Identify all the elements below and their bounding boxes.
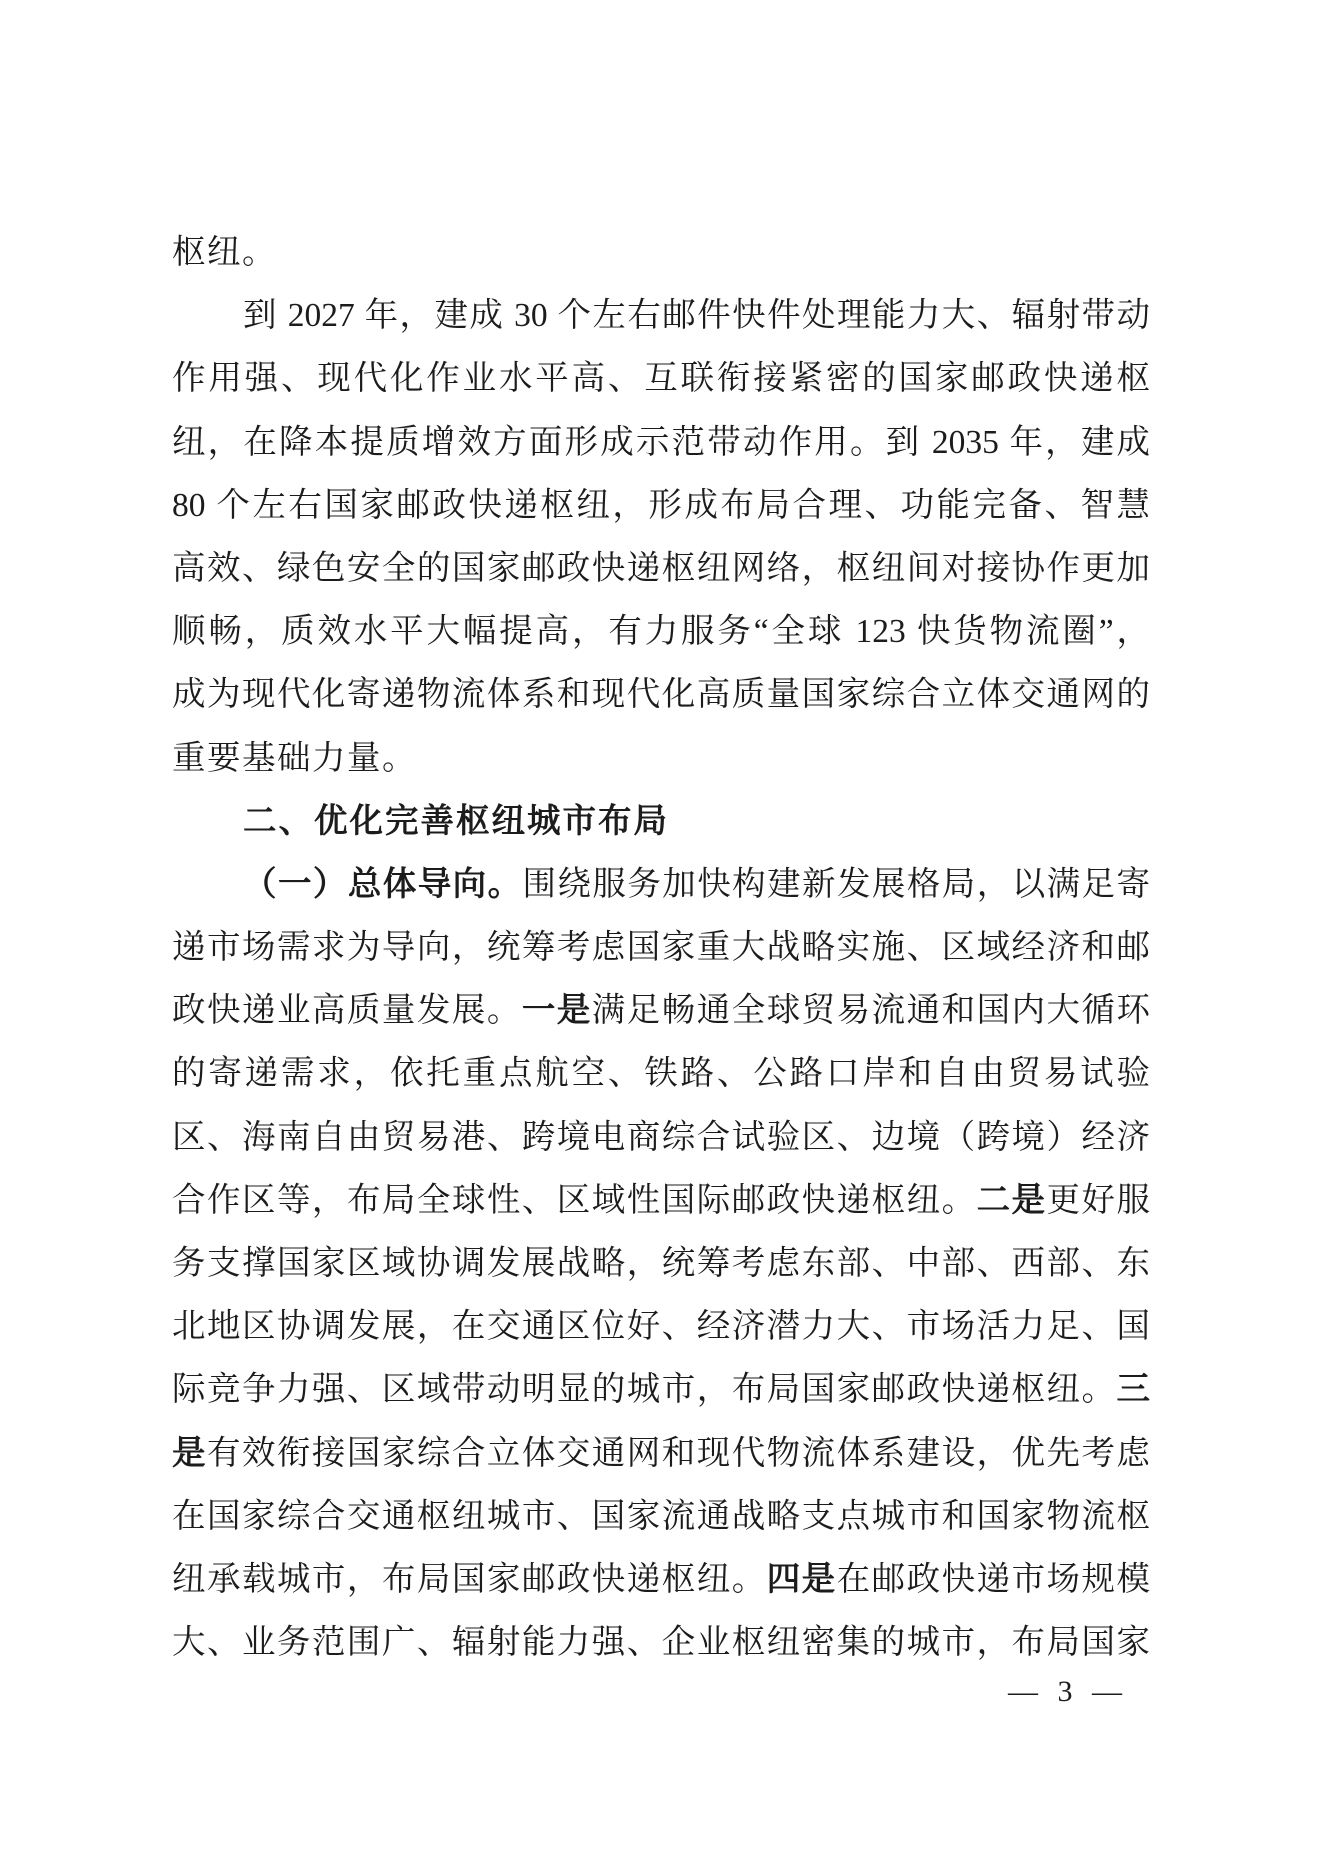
text-segment: 的寄递需求，依托重点航空、铁路、公路口岸和自由贸易试验 bbox=[172, 1055, 1150, 1092]
document-body: 枢纽。到 2027 年，建成 30 个左右邮件快件处理能力大、辐射带动作用强、现… bbox=[172, 221, 1150, 1674]
bold-text-segment: 二、优化完善枢纽城市布局 bbox=[243, 803, 669, 840]
text-line: 大、业务范围广、辐射能力强、企业枢纽密集的城市，布局国家 bbox=[172, 1611, 1150, 1674]
text-line: 作用强、现代化作业水平高、互联衔接紧密的国家邮政快递枢 bbox=[172, 347, 1150, 410]
text-segment: 枢纽。 bbox=[172, 234, 277, 271]
document-page: 枢纽。到 2027 年，建成 30 个左右邮件快件处理能力大、辐射带动作用强、现… bbox=[0, 0, 1323, 1871]
text-segment: 80 个左右国家邮政快递枢纽，形成布局合理、功能完备、智慧 bbox=[172, 487, 1150, 524]
text-line: 枢纽。 bbox=[172, 221, 1150, 284]
text-line: 80 个左右国家邮政快递枢纽，形成布局合理、功能完备、智慧 bbox=[172, 474, 1150, 537]
text-segment: 顺畅，质效水平大幅提高，有力服务“全球 123 快货物流圈”， bbox=[172, 613, 1150, 650]
text-segment: 际竞争力强、区域带动明显的城市，布局国家邮政快递枢纽。 bbox=[172, 1371, 1117, 1408]
text-line: 合作区等，布局全球性、区域性国际邮政快递枢纽。二是更好服 bbox=[172, 1169, 1150, 1232]
text-line: 的寄递需求，依托重点航空、铁路、公路口岸和自由贸易试验 bbox=[172, 1042, 1150, 1105]
text-line: 到 2027 年，建成 30 个左右邮件快件处理能力大、辐射带动 bbox=[172, 284, 1150, 347]
text-segment: 纽，在降本提质增效方面形成示范带动作用。到 2035 年，建成 bbox=[172, 424, 1150, 461]
text-segment: 北地区协调发展，在交通区位好、经济潜力大、市场活力足、国 bbox=[172, 1308, 1150, 1345]
footer-dash-left: — bbox=[1008, 1675, 1040, 1708]
text-segment: 在邮政快递市场规模 bbox=[837, 1561, 1150, 1598]
text-segment: 区、海南自由贸易港、跨境电商综合试验区、边境（跨境）经济 bbox=[172, 1119, 1150, 1156]
footer-page-number: 3 bbox=[1058, 1675, 1075, 1708]
text-segment: 满足畅通全球贸易流通和国内大循环 bbox=[592, 992, 1150, 1029]
text-line: 纽承载城市，布局国家邮政快递枢纽。四是在邮政快递市场规模 bbox=[172, 1548, 1150, 1611]
page-number-footer: — 3 — bbox=[1008, 1674, 1124, 1710]
bold-text-segment: 二是 bbox=[977, 1182, 1047, 1219]
text-segment: 高效、绿色安全的国家邮政快递枢纽网络，枢纽间对接协作更加 bbox=[172, 550, 1150, 587]
footer-dash-right: — bbox=[1092, 1675, 1124, 1708]
text-line: 际竞争力强、区域带动明显的城市，布局国家邮政快递枢纽。三 bbox=[172, 1358, 1150, 1421]
text-line: 在国家综合交通枢纽城市、国家流通战略支点城市和国家物流枢 bbox=[172, 1485, 1150, 1548]
text-segment: 务支撑国家区域协调发展战略，统筹考虑东部、中部、西部、东 bbox=[172, 1245, 1150, 1282]
text-segment: 政快递业高质量发展。 bbox=[172, 992, 522, 1029]
text-line: 高效、绿色安全的国家邮政快递枢纽网络，枢纽间对接协作更加 bbox=[172, 537, 1150, 600]
text-line: 成为现代化寄递物流体系和现代化高质量国家综合立体交通网的 bbox=[172, 663, 1150, 726]
text-line: （一）总体导向。围绕服务加快构建新发展格局，以满足寄 bbox=[172, 853, 1150, 916]
section-heading: 二、优化完善枢纽城市布局 bbox=[172, 790, 1150, 853]
text-segment: 递市场需求为导向，统筹考虑国家重大战略实施、区域经济和邮 bbox=[172, 929, 1150, 966]
bold-text-segment: 是 bbox=[172, 1435, 207, 1472]
text-segment: 重要基础力量。 bbox=[172, 740, 417, 777]
text-line: 政快递业高质量发展。一是满足畅通全球贸易流通和国内大循环 bbox=[172, 979, 1150, 1042]
text-line: 区、海南自由贸易港、跨境电商综合试验区、边境（跨境）经济 bbox=[172, 1106, 1150, 1169]
text-line: 纽，在降本提质增效方面形成示范带动作用。到 2035 年，建成 bbox=[172, 411, 1150, 474]
text-line: 顺畅，质效水平大幅提高，有力服务“全球 123 快货物流圈”， bbox=[172, 600, 1150, 663]
text-segment: 纽承载城市，布局国家邮政快递枢纽。 bbox=[172, 1561, 767, 1598]
text-segment: 作用强、现代化作业水平高、互联衔接紧密的国家邮政快递枢 bbox=[172, 360, 1150, 397]
bold-text-segment: 四是 bbox=[767, 1561, 837, 1598]
text-segment: 在国家综合交通枢纽城市、国家流通战略支点城市和国家物流枢 bbox=[172, 1498, 1150, 1535]
bold-text-segment: 三 bbox=[1117, 1371, 1151, 1408]
text-segment: 成为现代化寄递物流体系和现代化高质量国家综合立体交通网的 bbox=[172, 676, 1150, 713]
text-line: 重要基础力量。 bbox=[172, 727, 1150, 790]
bold-text-segment: （一）总体导向。 bbox=[243, 866, 523, 903]
text-line: 递市场需求为导向，统筹考虑国家重大战略实施、区域经济和邮 bbox=[172, 916, 1150, 979]
text-segment: 更好服 bbox=[1047, 1182, 1150, 1219]
text-segment: 合作区等，布局全球性、区域性国际邮政快递枢纽。 bbox=[172, 1182, 977, 1219]
text-segment: 围绕服务加快构建新发展格局，以满足寄 bbox=[523, 866, 1150, 903]
text-line: 是有效衔接国家综合立体交通网和现代物流体系建设，优先考虑 bbox=[172, 1422, 1150, 1485]
bold-text-segment: 一是 bbox=[522, 992, 592, 1029]
text-segment: 大、业务范围广、辐射能力强、企业枢纽密集的城市，布局国家 bbox=[172, 1624, 1150, 1661]
text-segment: 到 2027 年，建成 30 个左右邮件快件处理能力大、辐射带动 bbox=[243, 297, 1150, 334]
text-line: 务支撑国家区域协调发展战略，统筹考虑东部、中部、西部、东 bbox=[172, 1232, 1150, 1295]
text-line: 北地区协调发展，在交通区位好、经济潜力大、市场活力足、国 bbox=[172, 1295, 1150, 1358]
text-segment: 有效衔接国家综合立体交通网和现代物流体系建设，优先考虑 bbox=[207, 1435, 1150, 1472]
